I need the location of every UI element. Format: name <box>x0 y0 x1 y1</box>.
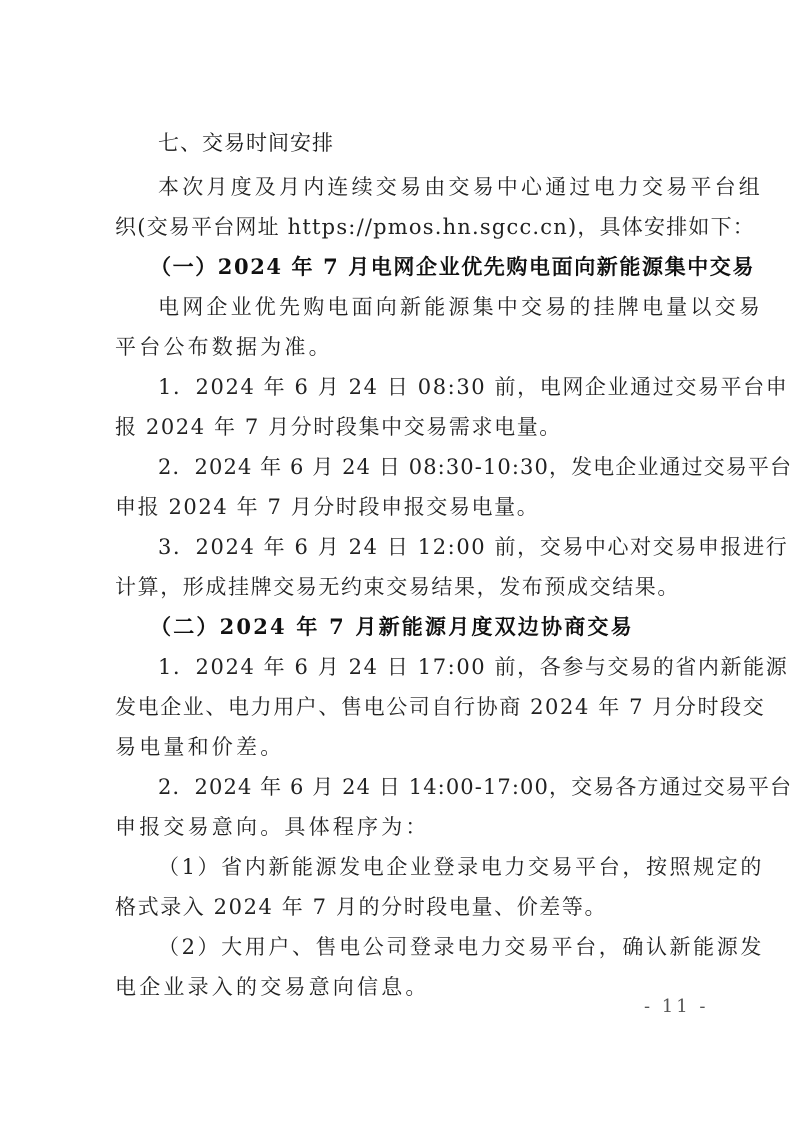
sub1-item-1-line-1: 1．2024 年 6 月 24 日 08:30 前，电网企业通过交易平台申 <box>158 372 758 402</box>
document-page: 七、交易时间安排 本次月度及月内连续交易由交易中心通过电力交易平台组 织(交易平… <box>0 0 794 1123</box>
sub1-item-3-line-2: 计算，形成挂牌交易无约束交易结果，发布预成交结果。 <box>115 572 715 602</box>
section-heading: 七、交易时间安排 <box>158 128 758 158</box>
procedure-2-line-1: （2）大用户、售电公司登录电力交易平台，确认新能源发 <box>158 932 758 962</box>
sub1-item-2-line-1: 2．2024 年 6 月 24 日 08:30-10:30，发电企业通过交易平台 <box>158 452 758 482</box>
sub2-heading: （二）2024 年 7 月新能源月度双边协商交易 <box>150 612 750 642</box>
sub2-item-2-line-2: 申报交易意向。具体程序为： <box>115 812 715 842</box>
sub1-heading: （一）2024 年 7 月电网企业优先购电面向新能源集中交易 <box>150 252 750 282</box>
page-number: - 11 - <box>644 996 709 1017</box>
sub1-para-line-2: 平台公布数据为准。 <box>115 332 715 362</box>
intro-line-1: 本次月度及月内连续交易由交易中心通过电力交易平台组 <box>158 172 758 202</box>
sub1-item-3-line-1: 3．2024 年 6 月 24 日 12:00 前，交易中心对交易申报进行 <box>158 532 758 562</box>
sub1-para-line-1: 电网企业优先购电面向新能源集中交易的挂牌电量以交易 <box>158 292 758 322</box>
procedure-1-line-2: 格式录入 2024 年 7 月的分时段电量、价差等。 <box>115 892 715 922</box>
sub2-item-2-line-1: 2．2024 年 6 月 24 日 14:00-17:00，交易各方通过交易平台 <box>158 772 758 802</box>
sub2-item-1-line-2: 发电企业、电力用户、售电公司自行协商 2024 年 7 月分时段交 <box>115 692 715 722</box>
sub1-item-1-line-2: 报 2024 年 7 月分时段集中交易需求电量。 <box>115 412 715 442</box>
procedure-1-line-1: （1）省内新能源发电企业登录电力交易平台，按照规定的 <box>158 852 758 882</box>
sub1-item-2-line-2: 申报 2024 年 7 月分时段申报交易电量。 <box>115 492 715 522</box>
sub2-item-1-line-1: 1．2024 年 6 月 24 日 17:00 前，各参与交易的省内新能源 <box>158 652 758 682</box>
procedure-2-line-2: 电企业录入的交易意向信息。 <box>115 972 715 1002</box>
sub2-item-1-line-3: 易电量和价差。 <box>115 732 715 762</box>
intro-line-2: 织(交易平台网址 https://pmos.hn.sgcc.cn)，具体安排如下… <box>115 212 715 242</box>
